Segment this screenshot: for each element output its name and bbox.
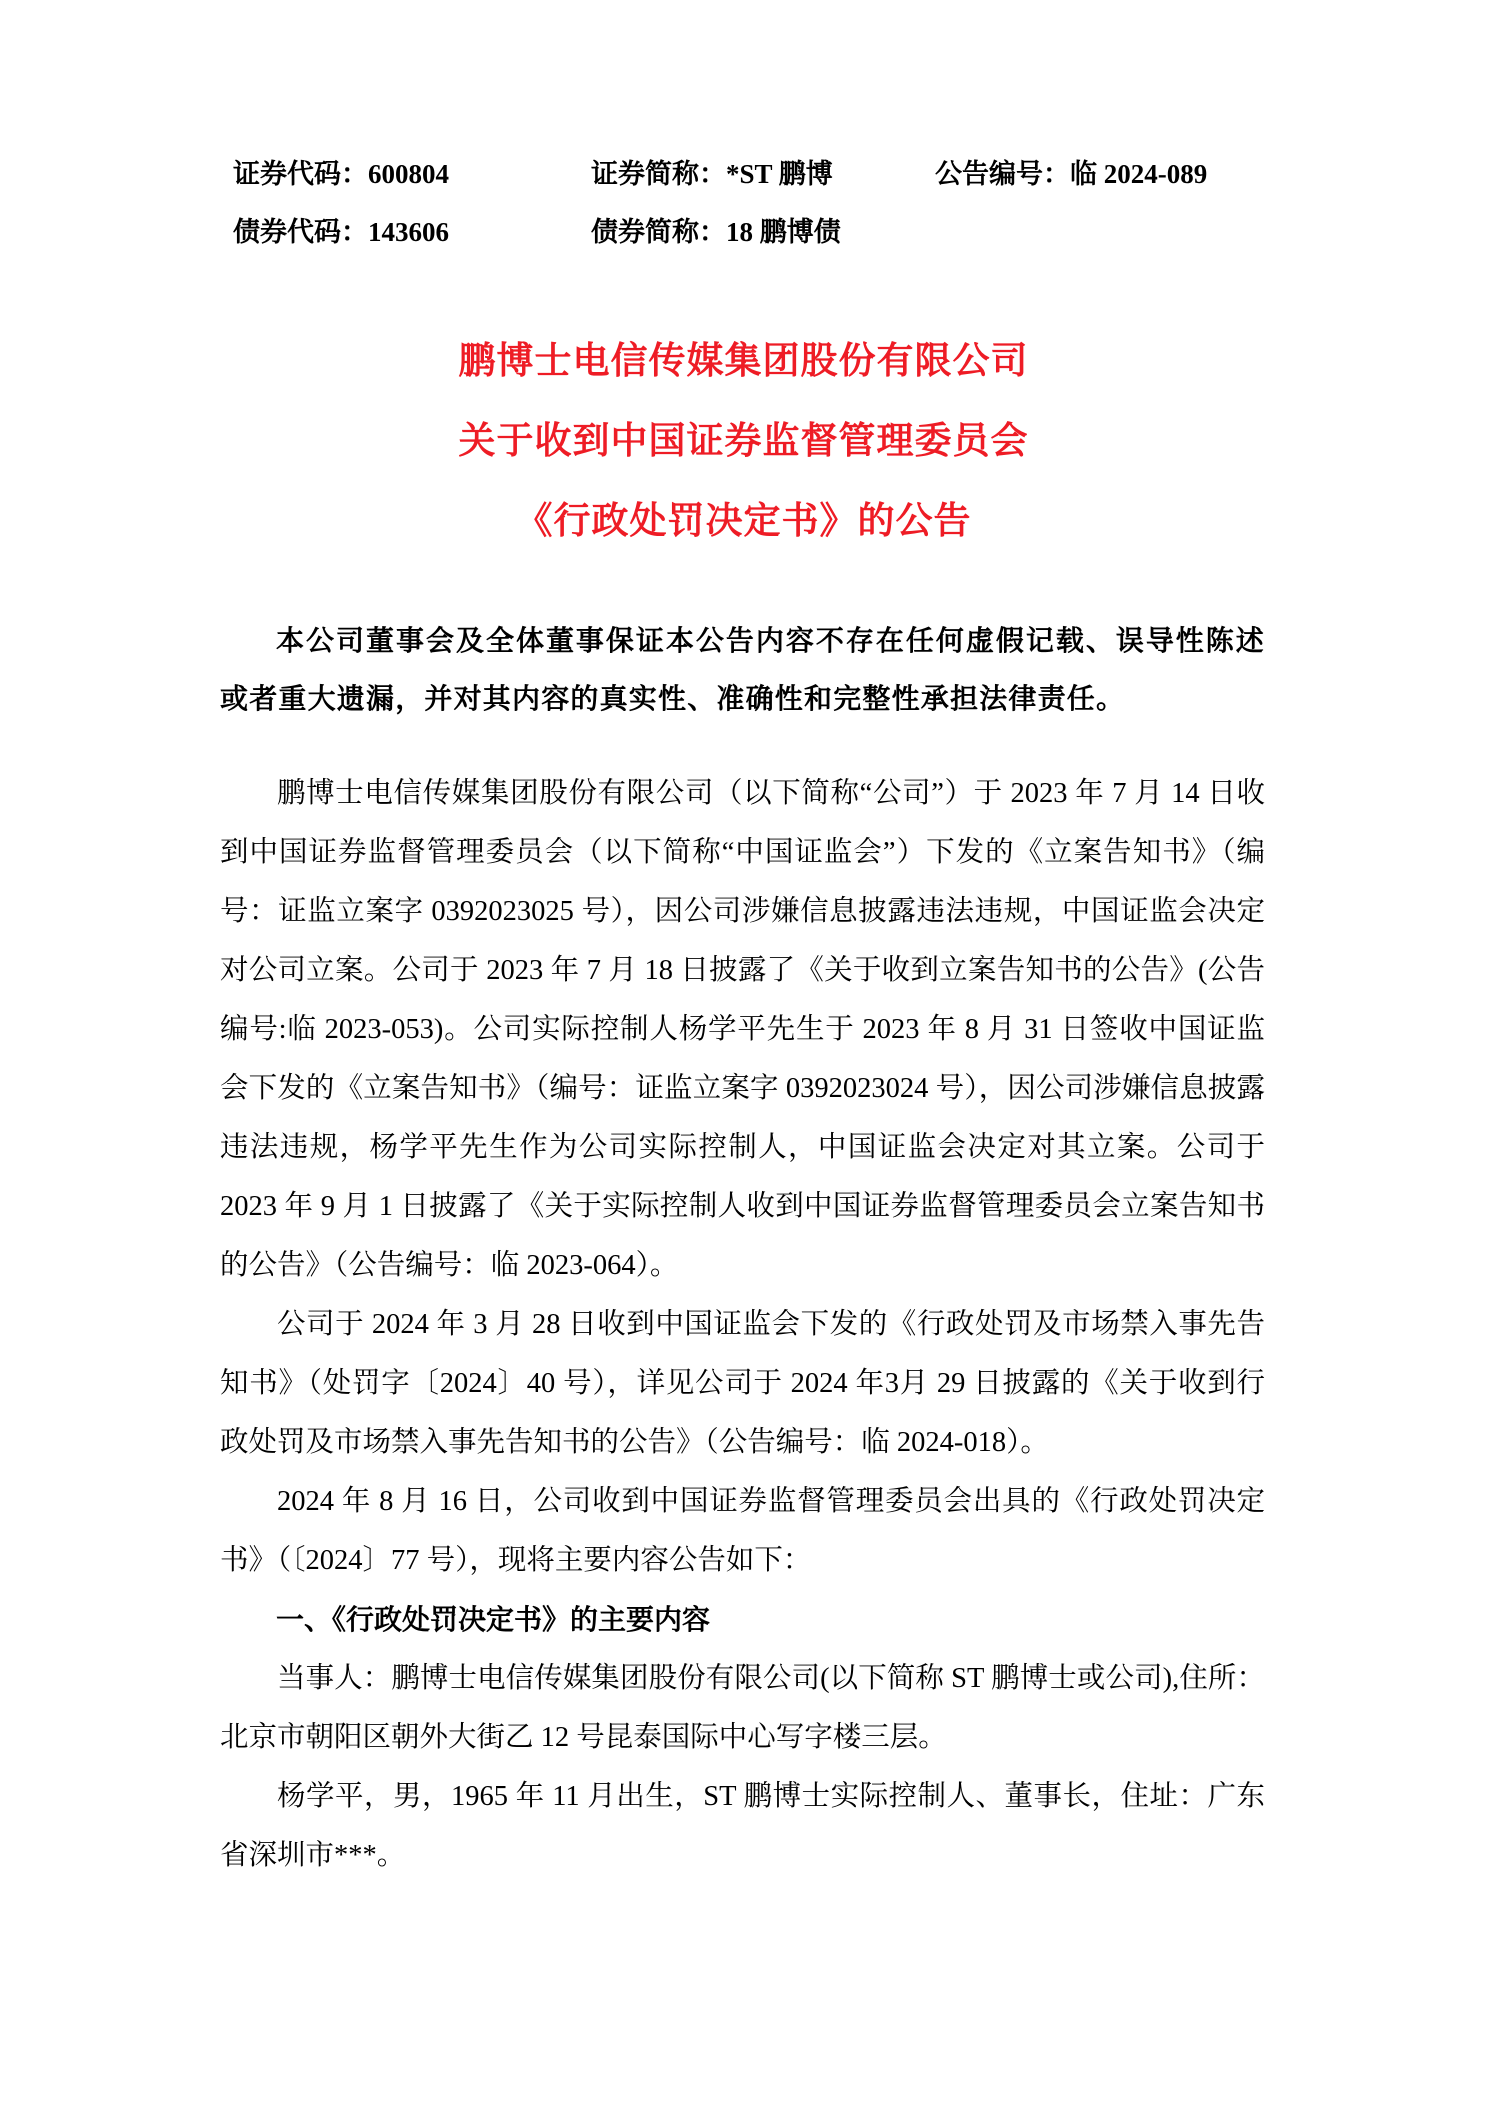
- paragraph-prior-notice: 公司于 2024 年 3 月 28 日收到中国证监会下发的《行政处罚及市场禁入事…: [220, 1295, 1265, 1472]
- statement-text: 本公司董事会及全体董事保证本公告内容不存在任何虚假记载、误导性陈述或者重大遗漏，…: [220, 612, 1265, 728]
- announcement-number: 公告编号：临 2024-089: [935, 152, 1207, 191]
- paragraph-case-filing: 鹏博士电信传媒集团股份有限公司（以下简称“公司”）于 2023 年 7 月 14…: [220, 764, 1265, 1295]
- document-page: 证券代码：600804 证券简称：*ST 鹏博 公告编号：临 2024-089 …: [0, 0, 1487, 2105]
- bond-short-name: 债券简称：18 鹏博债: [591, 210, 841, 249]
- paragraph-decision-received: 2024 年 8 月 16 日，公司收到中国证券监督管理委员会出具的《行政处罚决…: [220, 1472, 1265, 1590]
- title-document: 《行政处罚决定书》的公告: [0, 490, 1487, 544]
- paragraph-party-person: 杨学平，男，1965 年 11 月出生，ST 鹏博士实际控制人、董事长，住址：广…: [220, 1767, 1265, 1885]
- paragraph-party-company: 当事人：鹏博士电信传媒集团股份有限公司(以下简称 ST 鹏博士或公司),住所：北…: [220, 1649, 1265, 1767]
- security-code: 证券代码：600804: [233, 152, 449, 191]
- bond-code: 债券代码：143606: [233, 210, 449, 249]
- announcement-body: 鹏博士电信传媒集团股份有限公司（以下简称“公司”）于 2023 年 7 月 14…: [220, 764, 1265, 1885]
- board-statement: 本公司董事会及全体董事保证本公告内容不存在任何虚假记载、误导性陈述或者重大遗漏，…: [220, 612, 1265, 728]
- security-short-name: 证券简称：*ST 鹏博: [591, 152, 833, 191]
- title-company: 鹏博士电信传媒集团股份有限公司: [0, 330, 1487, 384]
- section-heading-main-content: 一、《行政处罚决定书》的主要内容: [220, 1590, 1265, 1649]
- title-subject: 关于收到中国证券监督管理委员会: [0, 410, 1487, 464]
